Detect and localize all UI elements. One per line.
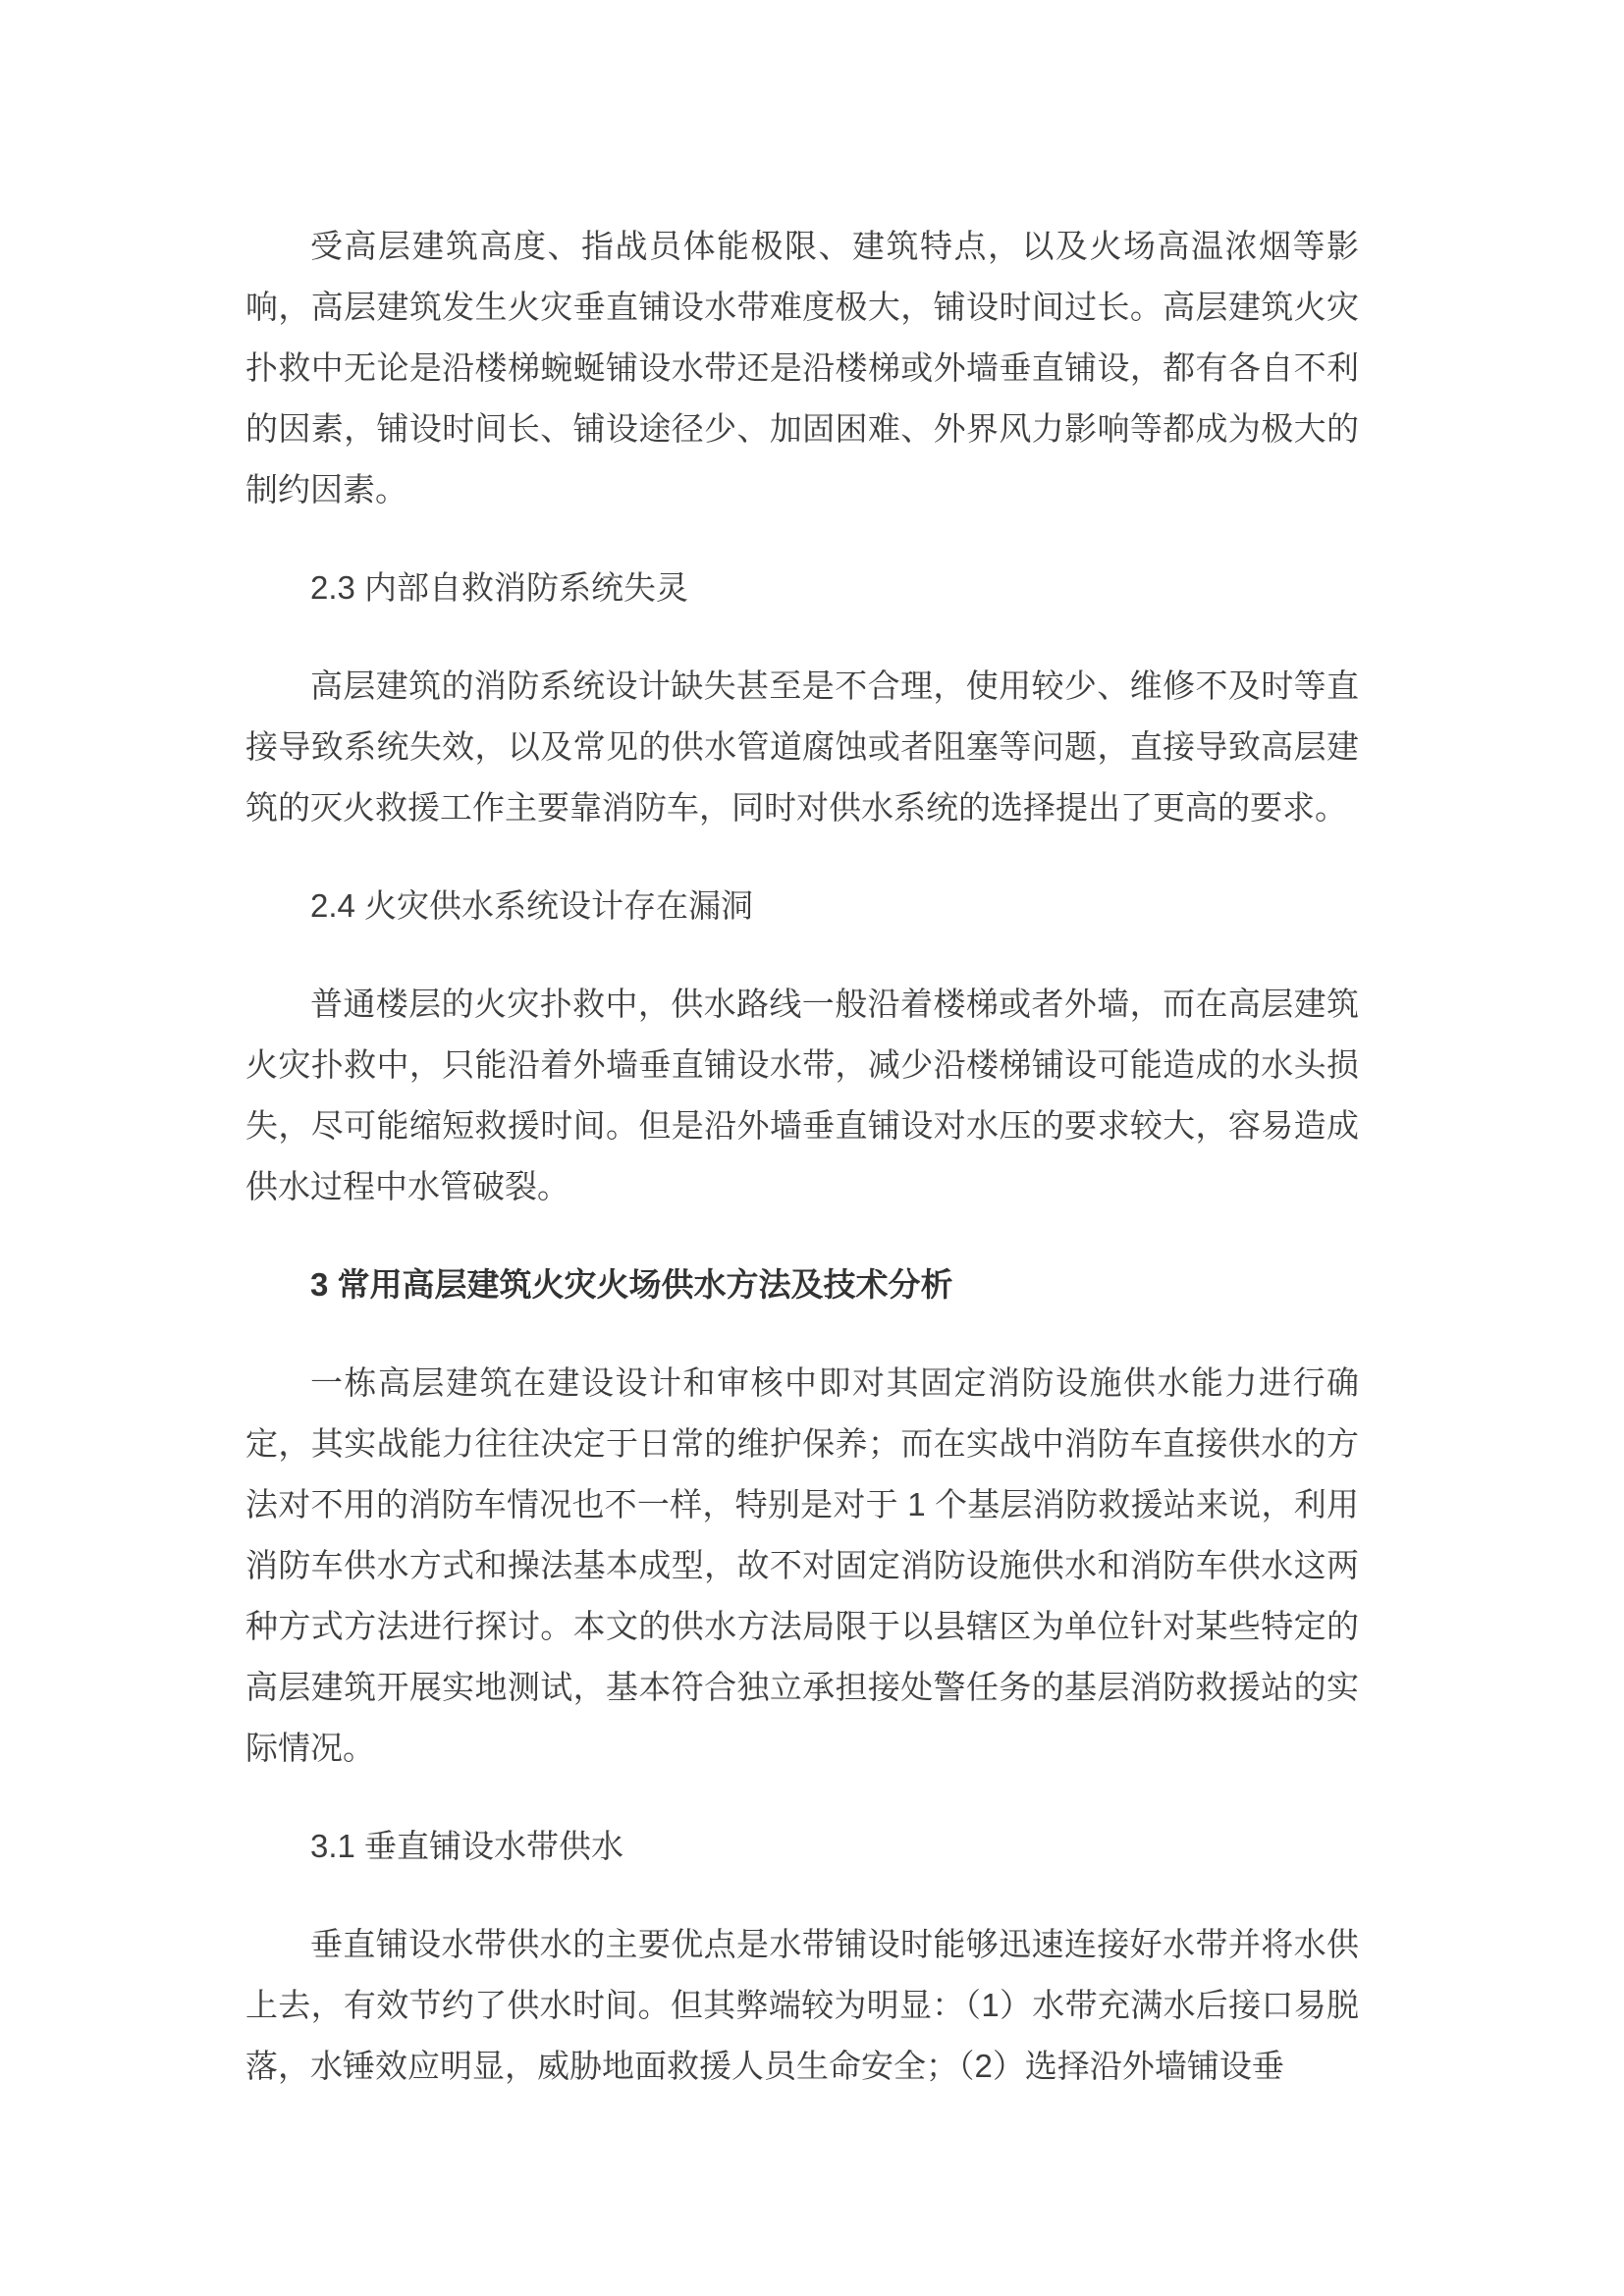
paragraph-vertical-hose-supply: 垂直铺设水带供水的主要优点是水带铺设时能够迅速连接好水带并将水供上去，有效节约了… (245, 1914, 1359, 2097)
section-heading-2-4: 2.4 火灾供水系统设计存在漏洞 (245, 876, 1359, 936)
paragraph-internal-fire-system: 高层建筑的消防系统设计缺失甚至是不合理，使用较少、维修不及时等直接导致系统失效，… (245, 656, 1359, 838)
document-content: 受高层建筑高度、指战员体能极限、建筑特点，以及火场高温浓烟等影响，高层建筑发生火… (245, 216, 1359, 2134)
document-page: 受高层建筑高度、指战员体能极限、建筑特点，以及火场高温浓烟等影响，高层建筑发生火… (0, 0, 1624, 2296)
section-heading-2-3: 2.3 内部自救消防系统失灵 (245, 558, 1359, 618)
paragraph-method-scope: 一栋高层建筑在建设设计和审核中即对其固定消防设施供水能力进行确定，其实战能力往往… (245, 1353, 1359, 1779)
section-heading-3-1: 3.1 垂直铺设水带供水 (245, 1816, 1359, 1877)
chapter-heading-3: 3 常用高层建筑火灾火场供水方法及技术分析 (245, 1255, 1359, 1315)
paragraph-constraint-factors: 受高层建筑高度、指战员体能极限、建筑特点，以及火场高温浓烟等影响，高层建筑发生火… (245, 216, 1359, 520)
paragraph-water-supply-design-flaws: 普通楼层的火灾扑救中，供水路线一般沿着楼梯或者外墙，而在高层建筑火灾扑救中，只能… (245, 974, 1359, 1217)
